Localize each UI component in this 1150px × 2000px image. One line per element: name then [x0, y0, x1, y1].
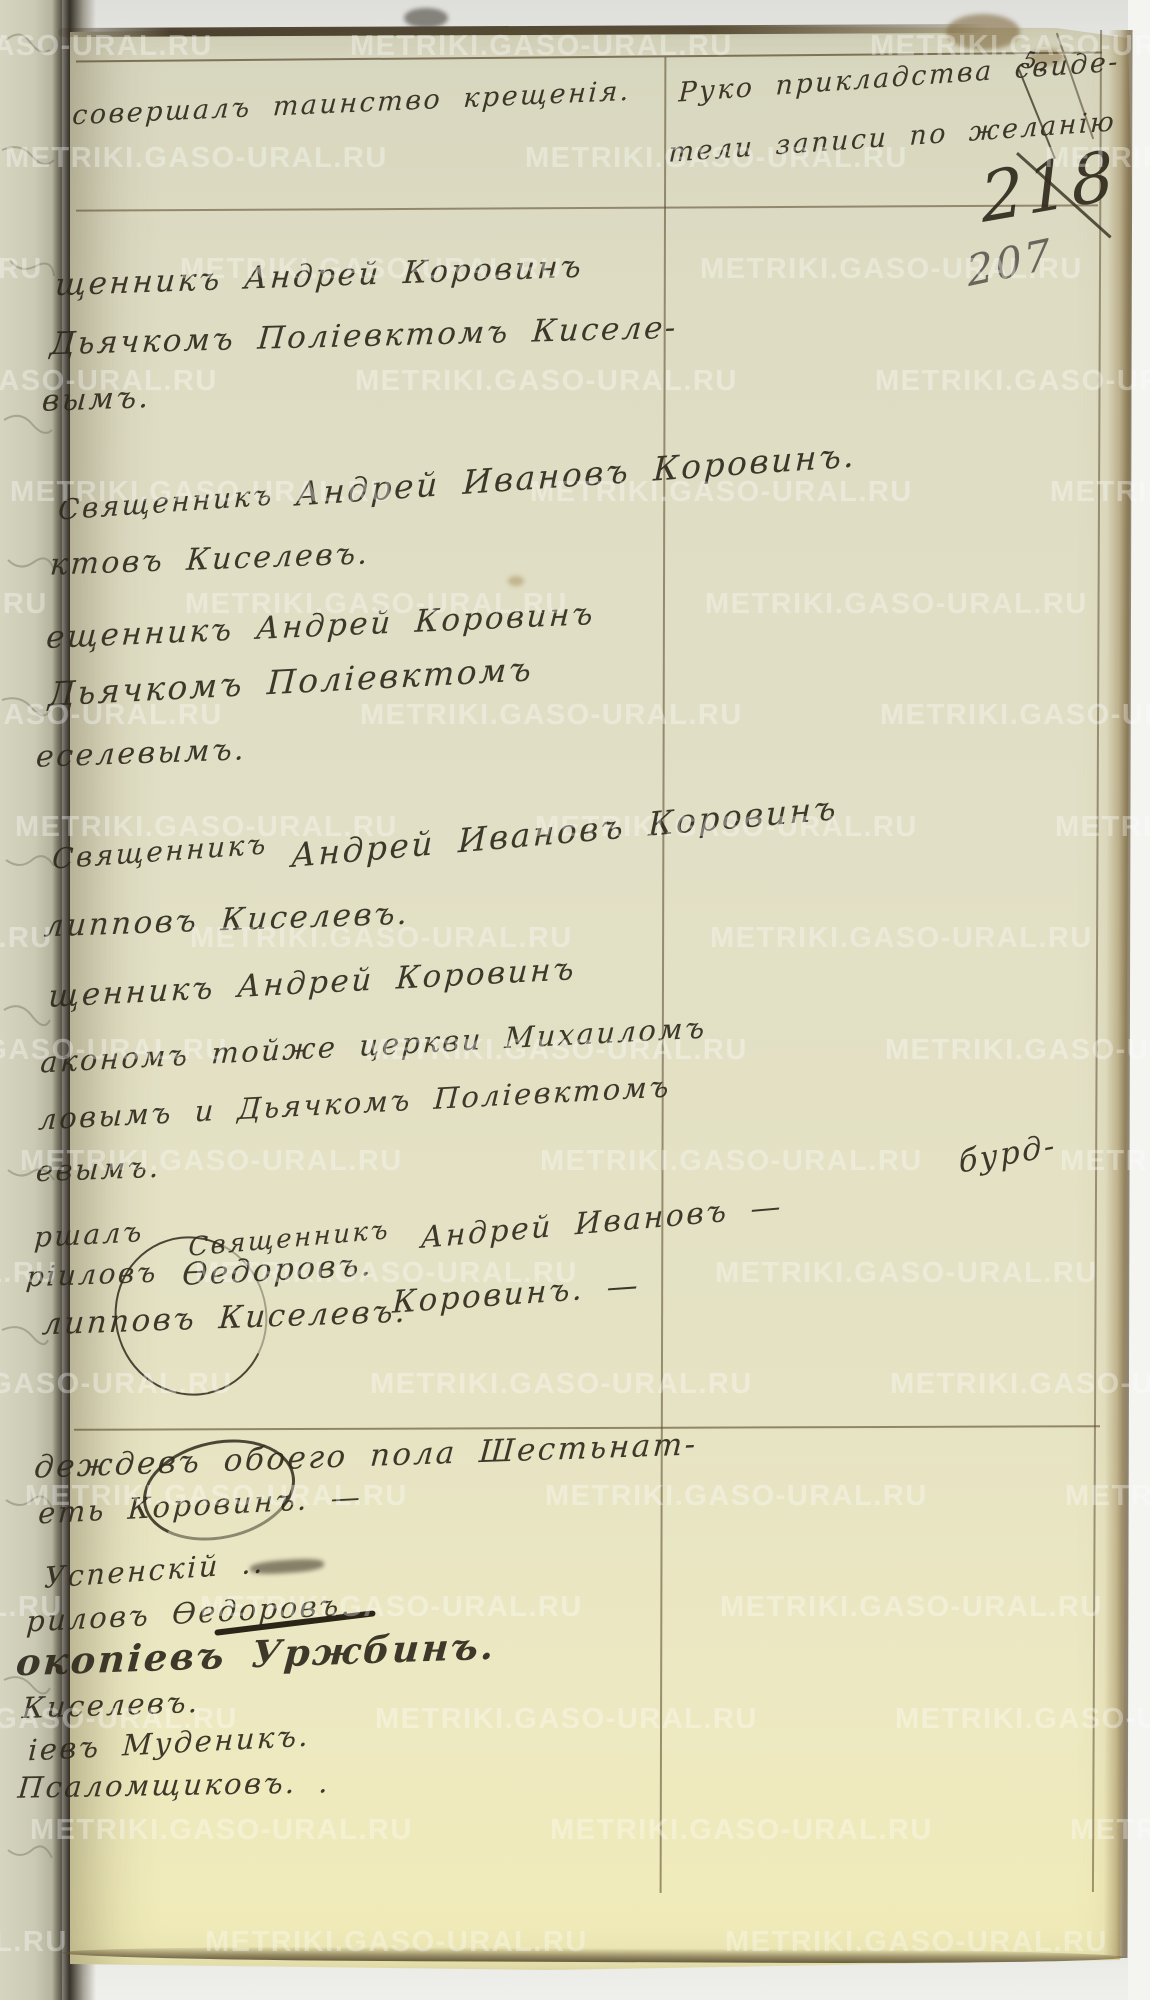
entry-2-line-2: ктовъ Киселевъ. — [49, 536, 371, 582]
right-column-header-line-1: Руко прикладства свиде- — [678, 46, 1120, 108]
entry-1-line-1: щенникъ Андрей Коровинъ — [54, 249, 585, 304]
entry-7-line-1: деждевъ обоего пола Шестьнат- — [33, 1426, 699, 1485]
entry-3-line-2: Дьячкомъ Поліевктомъ — [47, 649, 534, 714]
left-column-header: совершалъ таинство крещенія. — [71, 76, 632, 132]
entry-6-line-1c: Андрей Ивановъ — — [420, 1189, 783, 1256]
entry-1-line-2: Дьячкомъ Поліевктомъ Киселе- — [49, 310, 680, 363]
entry-3-line-3: еселевымъ. — [35, 732, 248, 774]
folio-number-pencil: 207 — [964, 229, 1055, 296]
entry-5-line-2: акономъ тойже церкви Михаиломъ — [40, 1010, 708, 1079]
margin-note: бурд- — [957, 1127, 1057, 1180]
manuscript-text-layer: совершалъ таинство крещенія.Руко приклад… — [0, 0, 1150, 2000]
scanned-document-page: совершалъ таинство крещенія.Руко приклад… — [0, 0, 1150, 2000]
entry-7-line-8: Псаломщиковъ. . — [17, 1765, 333, 1805]
entry-2-line-1b: Андрей Ивановъ Коровинъ. — [295, 435, 857, 513]
entry-5-line-3: ловымъ и Дьячкомъ Поліевктомъ — [38, 1069, 672, 1136]
entry-4-line-1a: Священникъ — [52, 827, 269, 875]
entry-3-line-1: ещенникъ Андрей Коровинъ — [45, 596, 596, 656]
entry-4-line-1b: Андрей Ивановъ Коровинъ — [291, 788, 839, 875]
entry-7-line-7: іевъ Муденикъ. — [27, 1719, 311, 1768]
entry-6-line-1a: ршалъ — [33, 1215, 145, 1254]
entry-1-line-3: вымъ. — [41, 380, 152, 419]
entry-7-line-6: Киселевъ. — [21, 1685, 201, 1725]
entry-6-line-2c: Коровинъ. — — [392, 1267, 641, 1321]
entry-4-line-2: липповъ Киселевъ. — [43, 896, 411, 945]
entry-5-line-4: евымъ. — [35, 1150, 163, 1188]
entry-2-line-1a: Священникъ — [58, 478, 275, 526]
entry-5-line-1: щенникъ Андрей Коровинъ — [47, 951, 577, 1015]
entry-7-line-3: Успенскій .. — [44, 1545, 266, 1595]
